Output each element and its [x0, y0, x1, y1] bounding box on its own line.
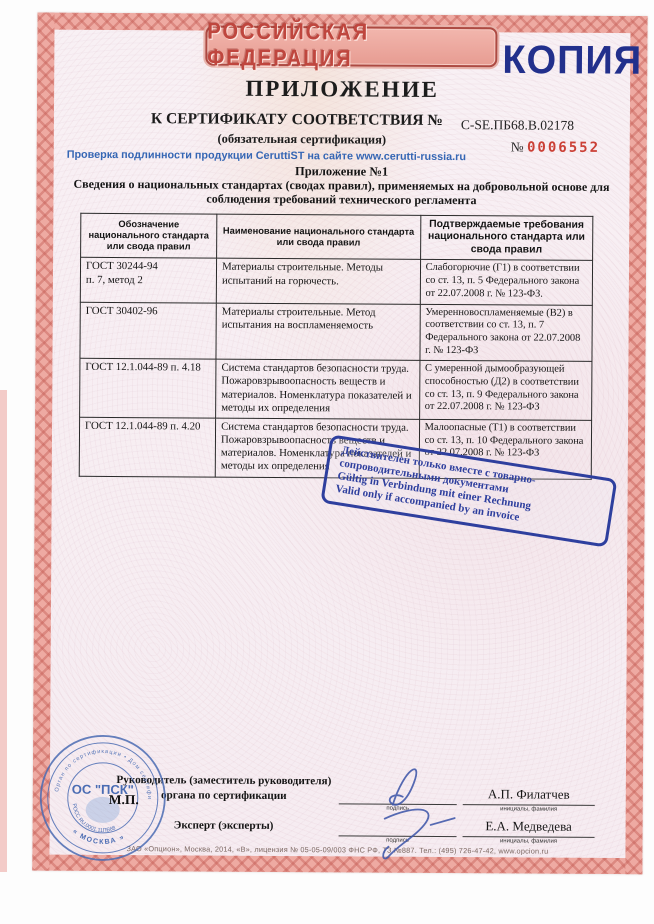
cell-requirement: Слабогорючие (Г1) в соответствии со ст. … [420, 260, 593, 305]
certificate-page: РОССИЙСКАЯ ФЕДЕРАЦИЯ КОПИЯ ПРИЛОЖЕНИЕ К … [32, 13, 647, 875]
form-number-value: 0006552 [527, 140, 600, 156]
federation-banner: РОССИЙСКАЯ ФЕДЕРАЦИЯ [205, 26, 497, 68]
certificate-number: C-SE.ПБ68.B.02178 [461, 117, 574, 134]
appendix-description: Сведения о национальных стандартах (свод… [56, 177, 626, 209]
column-header-requirements: Подтверждаемые требования национального … [420, 215, 593, 261]
certification-type: (обязательная сертификация) [197, 131, 407, 147]
form-number-label: № [511, 139, 527, 154]
cell-requirement: Умеренновоспламеняемые (В2) в соответств… [420, 304, 593, 362]
round-stamp: Орган по сертификации • Дом сертификации… [34, 730, 171, 867]
cell-standard: ГОСТ 12.1.044-89 п. 4.20 [79, 417, 215, 477]
mp-seal-label: М.П. [109, 792, 139, 808]
table-header-row: Обозначение национального стандарта или … [81, 213, 593, 261]
scan-edge-artifact [0, 390, 7, 872]
authenticity-check-line: Проверка подлинности продукции CeruttiST… [67, 149, 479, 164]
table-row: ГОСТ 30244-94 п. 7, метод 2 Материалы ст… [80, 258, 592, 305]
table-row: ГОСТ 12.1.044-89 п. 4.18 Система стандар… [80, 359, 592, 421]
signature-scribble-2 [383, 809, 428, 858]
document-title: ПРИЛОЖЕНИЕ [37, 75, 647, 105]
cell-name: Система стандартов безопасности труда. П… [216, 359, 420, 419]
column-header-name: Наименование национального стандарта или… [217, 214, 421, 260]
cell-standard: ГОСТ 12.1.044-89 п. 4.18 [80, 359, 216, 419]
handwritten-signatures [330, 752, 501, 863]
cell-standard: ГОСТ 30244-94 п. 7, метод 2 [80, 258, 216, 303]
form-number: № 0006552 [511, 139, 600, 156]
column-header-designation: Обозначение национального стандарта или … [81, 213, 217, 258]
federation-banner-text: РОССИЙСКАЯ ФЕДЕРАЦИЯ [207, 19, 495, 74]
cell-name: Материалы строительные. Методы испытаний… [216, 259, 420, 304]
signature-scribble-1 [390, 769, 417, 805]
cell-name: Материалы строительные. Метод испытания … [216, 303, 420, 361]
cell-standard: ГОСТ 30402-96 [80, 302, 216, 360]
document-subtitle: К СЕРТИФИКАТУ СООТВЕТСТВИЯ № [137, 110, 457, 130]
signature-dash [431, 818, 455, 825]
cell-requirement: С умеренной дымообразующей способностью … [419, 361, 592, 421]
table-row: ГОСТ 30402-96 Материалы строительные. Ме… [80, 302, 592, 362]
